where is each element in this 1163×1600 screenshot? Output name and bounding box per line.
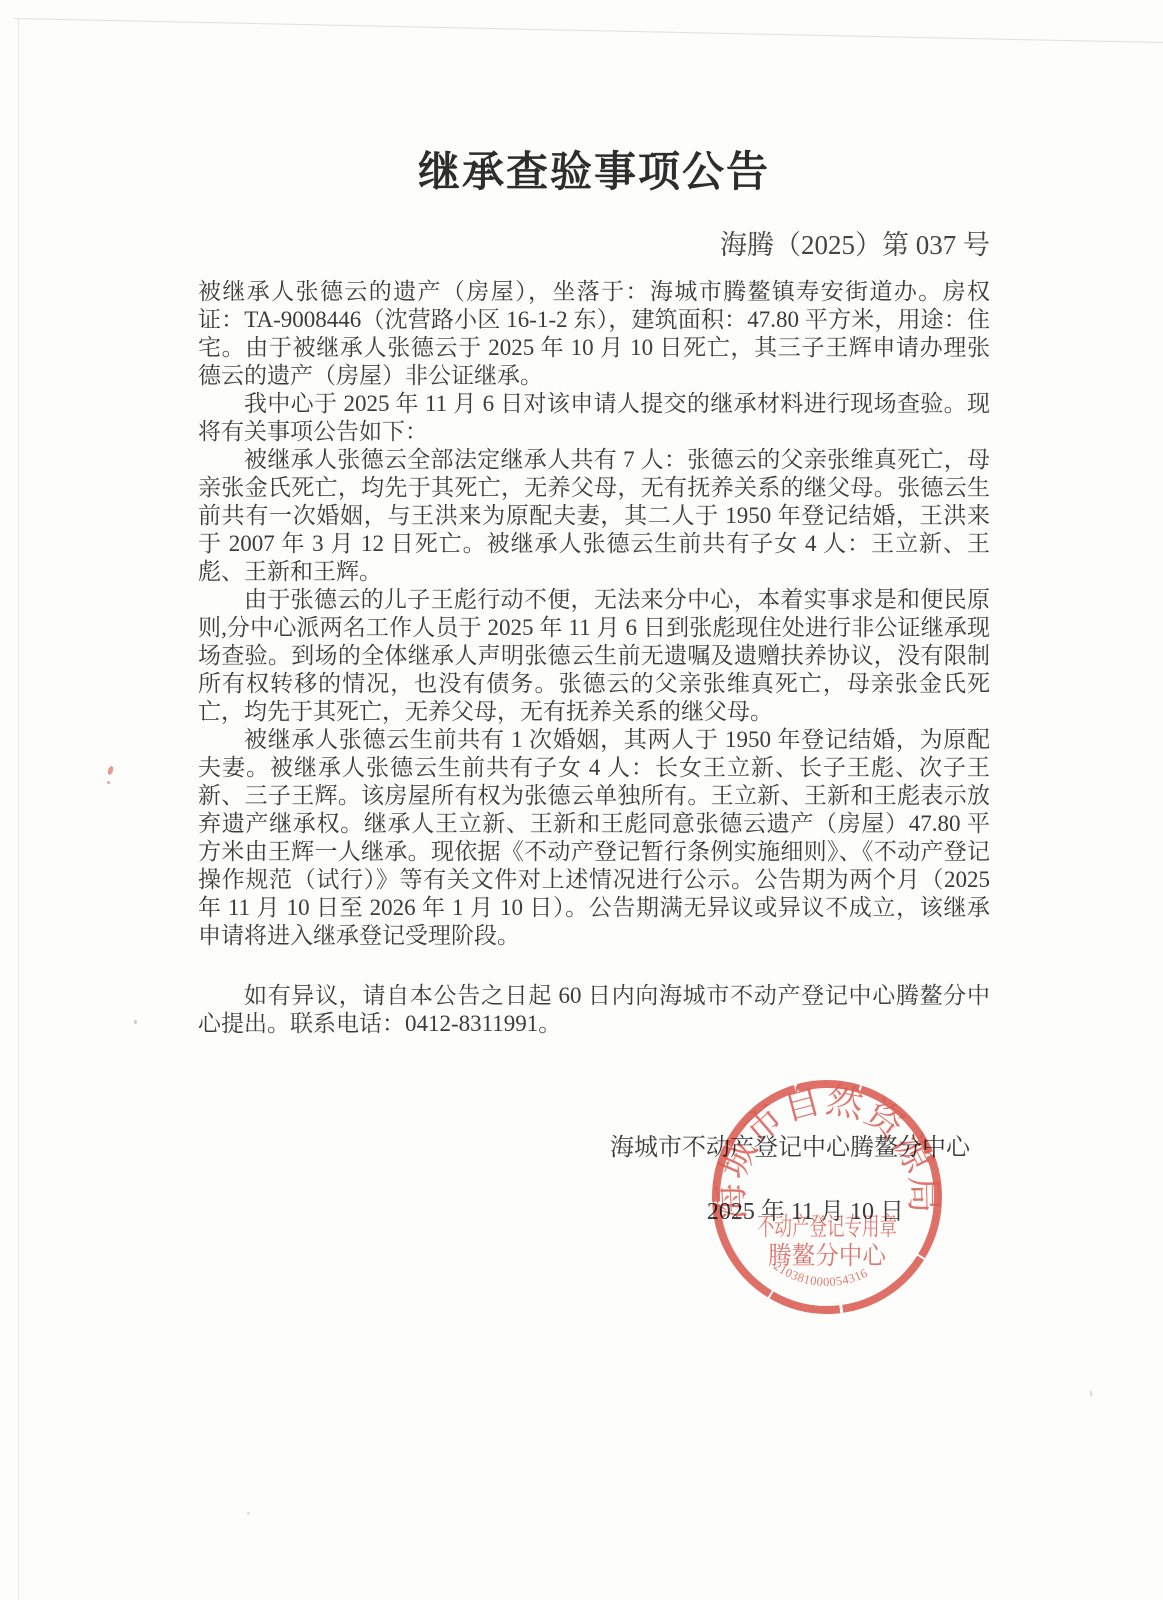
document-page: 继承查验事项公告 海腾（2025）第 037 号 被继承人张德云的遗产（房屋），…	[0, 0, 1163, 1600]
scan-speck	[247, 1512, 250, 1515]
paragraph-objection: 如有异议，请自本公告之日起 60 日内向海城市不动产登记中心腾鳌分中心提出。联系…	[198, 982, 990, 1038]
scan-page-edge-left	[18, 18, 19, 1600]
closing-block: 海城市不动产登记中心腾鳌分中心 2025 年 11 月 10 日	[198, 1134, 990, 1226]
seal-center-line2: 腾鳌分中心	[768, 1242, 887, 1270]
scan-speck	[134, 1020, 137, 1024]
red-ink-speck	[107, 765, 115, 775]
seal-serial-number: 210381000054316	[771, 1259, 870, 1289]
scan-speck	[1089, 1390, 1093, 1397]
issue-date: 2025 年 11 月 10 日	[198, 1198, 990, 1226]
paragraph-4: 由于张德云的儿子王彪行动不便，无法来分中心，本着实事求是和便民原则,分中心派两名…	[198, 586, 990, 726]
document-title: 继承查验事项公告	[198, 148, 990, 198]
red-ink-speck	[107, 781, 110, 784]
document-number: 海腾（2025）第 037 号	[198, 230, 990, 260]
issuing-authority-signature: 海城市不动产登记中心腾鳌分中心	[198, 1134, 990, 1162]
paragraph-2: 我中心于 2025 年 11 月 6 日对该申请人提交的继承材料进行现场查验。现…	[198, 390, 990, 446]
paragraph-3: 被继承人张德云全部法定继承人共有 7 人：张德云的父亲张维真死亡，母亲张金氏死亡…	[198, 446, 990, 586]
paragraph-5: 被继承人张德云生前共有 1 次婚姻，其两人于 1950 年登记结婚，为原配夫妻。…	[198, 726, 990, 950]
announcement-document: 继承查验事项公告 海腾（2025）第 037 号 被继承人张德云的遗产（房屋），…	[198, 0, 990, 1226]
document-body: 被继承人张德云的遗产（房屋），坐落于：海城市腾鳌镇寿安街道办。房权证：TA-90…	[198, 278, 990, 1038]
paragraph-1: 被继承人张德云的遗产（房屋），坐落于：海城市腾鳌镇寿安街道办。房权证：TA-90…	[198, 278, 990, 390]
